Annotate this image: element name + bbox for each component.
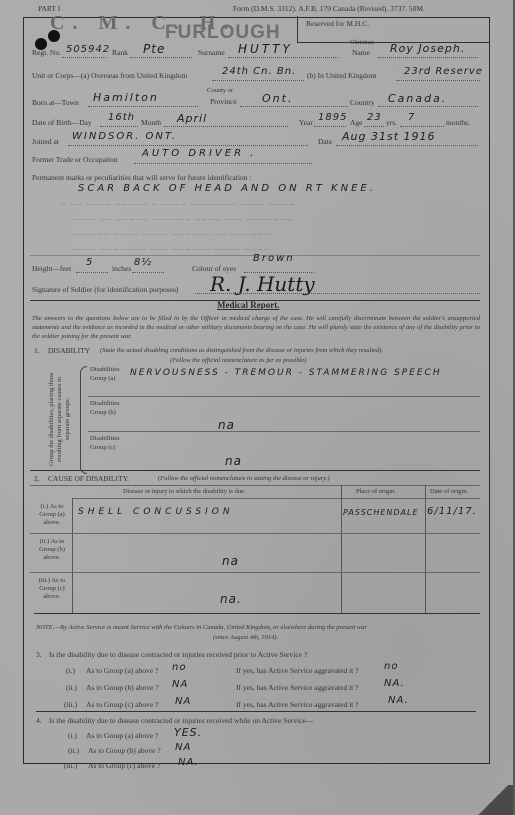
col-date-header: Date of origin.	[430, 488, 468, 495]
eyes-value: Brown	[253, 253, 295, 264]
trade-label: Former Trade or Occupation	[32, 155, 118, 164]
q3-row-a-answer: no	[172, 662, 186, 673]
joined-date-value: Aug 31st 1916	[342, 130, 436, 143]
medical-report-title: Medical Report.	[217, 300, 279, 310]
q4-row-b-label: As to Group (b) above ?	[88, 746, 161, 755]
bleed-through-text: ~~~~ ~~~~~~~ ~~~ ~~~~~~ ~~~~ ~~~~	[70, 245, 270, 254]
regt-no-label: Regt. No.	[32, 48, 61, 57]
bleed-through-text: ~ ~~ ~~~~ ~~~~~ ~ ~~~~ ~~~~~~~ ~~~~ ~~~~	[60, 200, 295, 209]
group-c-label-2: Group (c)	[90, 444, 115, 451]
joined-date-label: Date	[318, 137, 332, 146]
group-b-value: na	[218, 418, 235, 432]
q4-row-c-num: (iii.)	[64, 761, 77, 770]
province-value: Ont.	[262, 92, 293, 105]
group-c-label-1: Disabilities	[90, 435, 120, 442]
q4-row-b-num: (ii.)	[68, 746, 79, 755]
yrs-label: yrs.	[386, 118, 397, 127]
form-id: Form (D.M.S. 3312). A.F.B. 179 Canada (R…	[233, 4, 425, 13]
q2-row-c-disease: na.	[220, 592, 242, 606]
rank-label: Rank	[112, 48, 128, 57]
q1-number: 1.	[34, 346, 40, 355]
active-service-note: NOTE.—By Active Service is meant Service…	[36, 624, 367, 631]
q2-row-b-disease: na	[222, 554, 239, 568]
punch-hole	[48, 30, 60, 42]
q3-number: 3.	[36, 650, 42, 659]
q2-number: 2.	[34, 474, 40, 483]
q1-label: DISABILITY	[48, 346, 90, 355]
q3-row-b-agg-answer: NA.	[384, 678, 405, 689]
height-feet-value: 5	[86, 257, 93, 268]
unit-uk-value: 23rd Reserve	[404, 66, 483, 77]
q2-row-c-label: (iii.) As to Group (c) above.	[34, 577, 70, 601]
dob-year-value: 1895	[318, 112, 347, 123]
q3-row-c-num: (iii.)	[64, 700, 77, 709]
reserved-box: Reserved for M.H.C.	[297, 16, 490, 43]
q2-row-a-date: 6/11/17.	[427, 506, 477, 517]
q1-instruction-2: (Follow the official nomenclature as far…	[170, 357, 306, 364]
christian-label: Christian	[350, 39, 374, 46]
q3-row-b-answer: NA	[172, 679, 188, 690]
q2-row-a-label-1: (i.) As to	[41, 503, 64, 510]
q4-row-b-answer: NA	[175, 742, 191, 753]
q2-row-b-label-3: above.	[43, 554, 60, 561]
christian-name-value: Roy Joseph.	[390, 42, 465, 55]
height-feet-label: Height—feet	[32, 264, 71, 273]
q2-row-a-label-2: Group (a)	[39, 511, 64, 518]
q2-label: CAUSE OF DISABILITY.	[48, 474, 129, 483]
q4-row-c-label: As to Group (c) above ?	[88, 761, 160, 770]
active-service-note-2: (since August 4th, 1914).	[213, 634, 278, 641]
q4-question: Is the disability due to disease contrac…	[49, 716, 313, 725]
unit-uk-label: (b) In United Kingdom	[307, 71, 376, 80]
bleed-through-text: ~~~~ ~~ ~~~~~ ~~~~~~ ~~~~ ~~~ ~~~~~~~	[70, 215, 293, 224]
q4-row-c-answer: NA.	[178, 757, 199, 768]
medical-instructions: The answers to the questions below are t…	[32, 314, 480, 341]
q2-row-a-label-3: above.	[43, 519, 60, 526]
q4-row-a-answer: YES.	[174, 726, 202, 739]
reserved-label: Reserved for M.H.C.	[306, 19, 369, 28]
furlough-stamp: FURLOUGH	[165, 22, 281, 44]
q3-row-c-agg-answer: NA.	[388, 695, 409, 706]
unit-label: Unit or Corps—(a) Overseas from United K…	[32, 71, 187, 80]
q4-row-a-label: As to Group (a) above ?	[86, 731, 158, 740]
age-label: Age	[350, 118, 363, 127]
q2-row-c-label-3: above.	[43, 593, 60, 600]
joined-at-label: Joined at	[32, 137, 59, 146]
q2-row-a-label: (i.) As to Group (a) above.	[34, 503, 70, 527]
q2-row-a-disease: SHELL CONCUSSION	[78, 507, 234, 517]
dob-year-label: Year	[299, 118, 313, 127]
q3-row-c-answer: NA	[175, 696, 191, 707]
months-label: months.	[446, 118, 470, 127]
country-label: Country	[350, 98, 375, 107]
bleed-through-text: ~~~~~~ ~~~~ ~~~~ ~~~~~~ ~~ ~~~~~~	[70, 230, 270, 239]
q3-row-a-label: As to Group (a) above ?	[86, 666, 158, 675]
joined-at-value: WINDSOR. ONT.	[72, 131, 177, 142]
q3-row-b-agg-label: If yes, has Active Service aggravated it…	[236, 683, 358, 692]
age-years-value: 23	[367, 112, 382, 123]
q3-row-b-num: (ii.)	[66, 683, 77, 692]
group-a-value: NERVOUSNESS - TREMOUR - STAMMERING SPEEC…	[130, 368, 442, 378]
height-inches-label: inches	[112, 264, 131, 273]
q3-row-b-label: As to Group (b) above ?	[86, 683, 159, 692]
q3-question: Is the disability due to disease contrac…	[49, 650, 307, 659]
q3-row-c-label: As to Group (c) above ?	[86, 700, 158, 709]
born-town-value: Hamilton	[93, 91, 159, 104]
dob-day-value: 16th	[108, 112, 135, 123]
country-value: Canada.	[388, 92, 447, 105]
regt-no-value: 505942	[66, 44, 110, 55]
surname-label: Surname	[198, 48, 225, 57]
page-corner-fold	[473, 785, 513, 815]
group-b-label-2: Group (b)	[90, 409, 116, 416]
q2-row-c-label-2: Group (c)	[39, 585, 64, 592]
q4-row-a-num: (i.)	[68, 731, 77, 740]
county-label: County or	[207, 87, 233, 94]
dob-day-label: Date of Birth—Day	[32, 118, 92, 127]
q4-number: 4.	[36, 716, 42, 725]
rank-value: Pte	[143, 42, 165, 56]
q1-instruction: (State the actual disabling conditions a…	[100, 347, 383, 354]
document-page: PART I Form (D.M.S. 3312). A.F.B. 179 Ca…	[0, 0, 513, 815]
q2-row-b-label-1: (ii.) As to	[40, 538, 65, 545]
born-town-label: Born at—Town	[32, 98, 79, 107]
q1-side-note: Group the disabilities, placing those re…	[48, 366, 74, 472]
col-disease-header: Disease or injury to which the disabilit…	[123, 488, 246, 495]
group-a-label-2: Group (a)	[90, 375, 115, 382]
q2-row-a-place: PASSCHENDALE	[343, 508, 419, 517]
unit-overseas-value: 24th Cn. Bn.	[222, 66, 296, 77]
group-b-label-1: Disabilities	[90, 400, 120, 407]
marks-label: Permanent marks or peculiarities that wi…	[32, 173, 252, 182]
trade-value: AUTO DRIVER .	[142, 148, 256, 159]
q2-row-b-label: (ii.) As to Group (b) above.	[34, 538, 70, 562]
group-bracket	[80, 366, 87, 474]
dob-month-label: Month	[141, 118, 161, 127]
dob-month-value: April	[177, 112, 207, 125]
q3-row-a-agg-label: If yes, has Active Service aggravated it…	[236, 666, 358, 675]
q2-instruction: (Follow the official nomenclature in sta…	[158, 475, 330, 482]
q2-row-b-label-2: Group (b)	[39, 546, 65, 553]
age-months-value: 7	[408, 112, 415, 123]
height-inches-value: 8½	[134, 257, 152, 268]
q2-row-c-label-1: (iii.) As to	[39, 577, 66, 584]
name-label: Name	[352, 48, 370, 57]
q3-row-a-agg-answer: no	[384, 661, 398, 672]
surname-value: HUTTY	[238, 42, 293, 56]
q3-row-c-agg-label: If yes, has Active Service aggravated it…	[236, 700, 358, 709]
col-place-header: Place of origin.	[356, 488, 396, 495]
group-a-label-1: Disabilities	[90, 366, 120, 373]
province-label: Province	[210, 97, 237, 106]
marks-value: SCAR BACK OF HEAD AND ON RT KNEE.	[78, 183, 376, 194]
q3-row-a-num: (i.)	[66, 666, 75, 675]
group-c-value: na	[225, 454, 242, 468]
signature-label: Signature of Soldier (for identification…	[32, 285, 178, 294]
